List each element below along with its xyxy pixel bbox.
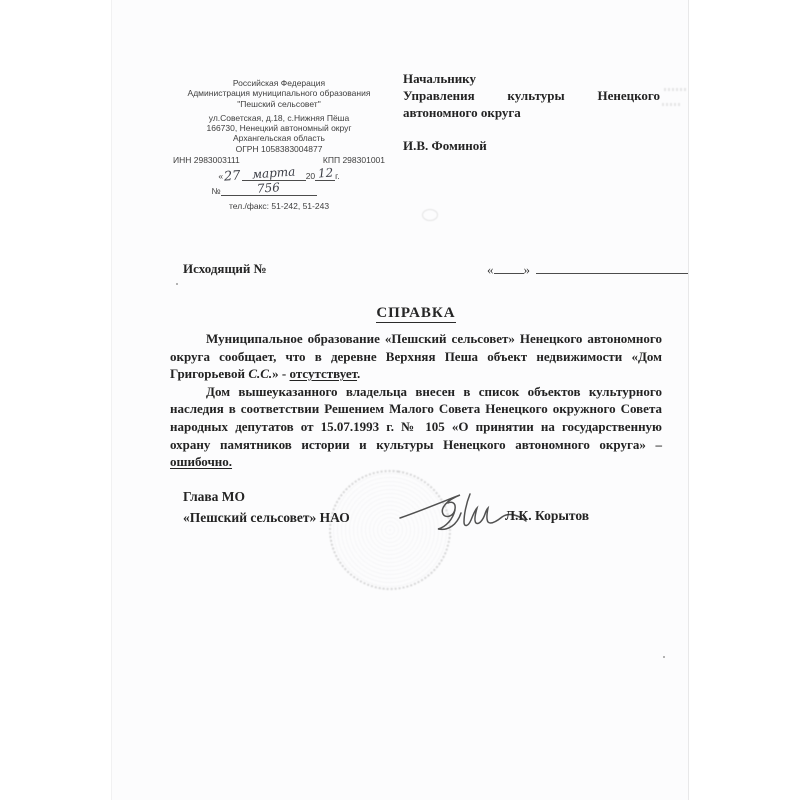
scan-artifact xyxy=(176,283,178,285)
addressee-to: Начальнику xyxy=(403,70,660,87)
letterhead-org-line2: "Пешский сельсовет" xyxy=(172,99,386,109)
date-year-prefix: 20 xyxy=(306,171,315,181)
letterhead-inn: ИНН 2983003111 xyxy=(173,155,240,165)
outgoing-number-label: Исходящий № xyxy=(183,261,267,277)
underlined-erroneous: ошибочно. xyxy=(170,454,232,469)
addressee-block: Начальнику Управления культуры Ненецкого… xyxy=(403,70,660,154)
handwritten-number: 756 xyxy=(257,183,281,195)
letterhead-country: Российская Федерация xyxy=(172,78,386,88)
number-blank: 756 xyxy=(221,183,317,196)
date-open-quote: « xyxy=(218,171,223,181)
owner-initials: С.С. xyxy=(248,366,272,381)
scan-artifact xyxy=(422,209,438,221)
scan-artifact xyxy=(663,656,665,658)
letterhead-kpp: КПП 298301001 xyxy=(323,155,385,165)
document-title: СПРАВКА xyxy=(170,304,662,322)
handwritten-month: марта xyxy=(252,167,296,180)
paragraph-1: Муниципальное образование «Пешский сельс… xyxy=(170,330,662,383)
blank-date-line: «» xyxy=(487,259,688,278)
blank-date-rest-line xyxy=(536,259,688,274)
paragraph-2: Дом вышеуказанного владельца внесен в сп… xyxy=(170,383,662,471)
signer-position: Глава МО «Пешский сельсовет» НАО xyxy=(183,486,350,528)
letterhead-org-line1: Администрация муниципального образования xyxy=(172,88,386,98)
letterhead-date-line: « 27 марта 20 12 г. xyxy=(172,166,386,181)
addressee-person: И.В. Фоминой xyxy=(403,137,660,154)
blank-date-day-line xyxy=(494,259,524,274)
letterhead-phone: тел./факс: 51-242, 51-243 xyxy=(172,201,386,211)
letterhead-number-line: № 756 xyxy=(172,183,386,196)
scan-artifact xyxy=(664,88,686,91)
handwritten-day: 27 xyxy=(224,172,241,183)
underlined-absent: отсутствует xyxy=(290,366,358,381)
letterhead-address-line1: ул.Советская, д.18, с.Нижняя Пёша xyxy=(172,113,386,123)
letterhead-address-line3: Архангельская область xyxy=(172,133,386,143)
letterhead-inn-kpp: ИНН 2983003111 КПП 298301001 xyxy=(172,155,386,165)
date-year-blank: 12 xyxy=(315,168,335,181)
date-suffix: г. xyxy=(335,171,339,181)
letterhead: Российская Федерация Администрация муниц… xyxy=(172,78,386,212)
signer-name: Л.К. Корытов xyxy=(505,508,589,524)
addressee-org: Управления культуры Ненецкого автономног… xyxy=(403,87,660,121)
blank-date-close-quote: » xyxy=(524,262,531,277)
letterhead-address-line2: 166730, Ненецкий автономный округ xyxy=(172,123,386,133)
document-body: Муниципальное образование «Пешский сельс… xyxy=(170,330,662,471)
handwritten-year: 12 xyxy=(317,168,333,179)
date-month-blank: марта xyxy=(242,168,306,181)
scan-artifact xyxy=(662,103,680,106)
letterhead-ogrn: ОГРН 1058383004877 xyxy=(172,144,386,154)
number-sign: № xyxy=(211,186,220,196)
